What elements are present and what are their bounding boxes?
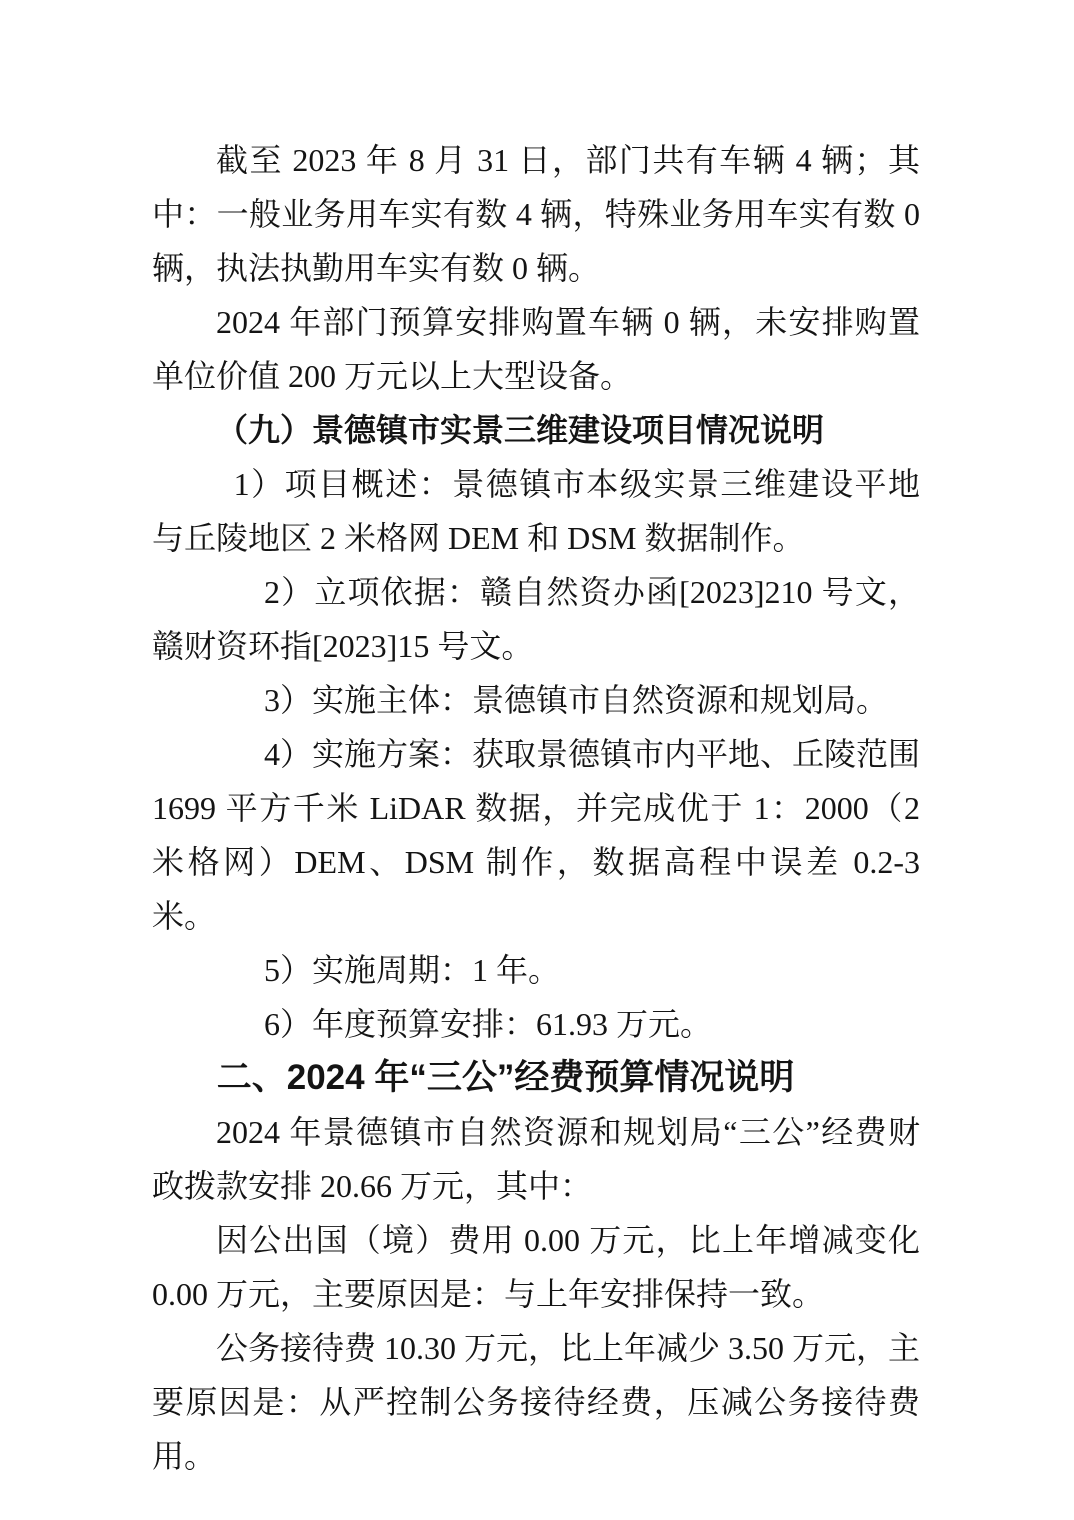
item-implementing-body: 3）实施主体：景德镇市自然资源和规划局。 [152,673,920,727]
item-approval-basis: 2）立项依据：赣自然资办函[2023]210 号文，赣财资环指[2023]15 … [152,565,920,673]
item-implementation-period: 5）实施周期：1 年。 [152,943,920,997]
item-project-overview: 1）项目概述：景德镇市本级实景三维建设平地与丘陵地区 2 米格网 DEM 和 D… [152,457,920,565]
heading-three-public-funds: 二、2024 年“三公”经费预算情况说明 [152,1051,920,1105]
document-page: 截至 2023 年 8 月 31 日，部门共有车辆 4 辆；其中：一般业务用车实… [0,0,1074,1520]
para-vehicle-ownership: 截至 2023 年 8 月 31 日，部门共有车辆 4 辆；其中：一般业务用车实… [152,133,920,295]
item-implementation-plan: 4）实施方案：获取景德镇市内平地、丘陵范围 1699 平方千米 LiDAR 数据… [152,727,920,943]
para-overseas-travel: 因公出国（境）费用 0.00 万元，比上年增减变化 0.00 万元，主要原因是：… [152,1213,920,1321]
heading-section-nine: （九）景德镇市实景三维建设项目情况说明 [152,403,920,457]
document-body: 截至 2023 年 8 月 31 日，部门共有车辆 4 辆；其中：一般业务用车实… [152,133,920,1483]
para-vehicle-purchase: 2024 年部门预算安排购置车辆 0 辆，未安排购置单位价值 200 万元以上大… [152,295,920,403]
para-official-reception: 公务接待费 10.30 万元，比上年减少 3.50 万元，主要原因是：从严控制公… [152,1321,920,1483]
para-three-public-total: 2024 年景德镇市自然资源和规划局“三公”经费财政拨款安排 20.66 万元，… [152,1105,920,1213]
item-annual-budget: 6）年度预算安排：61.93 万元。 [152,997,920,1051]
